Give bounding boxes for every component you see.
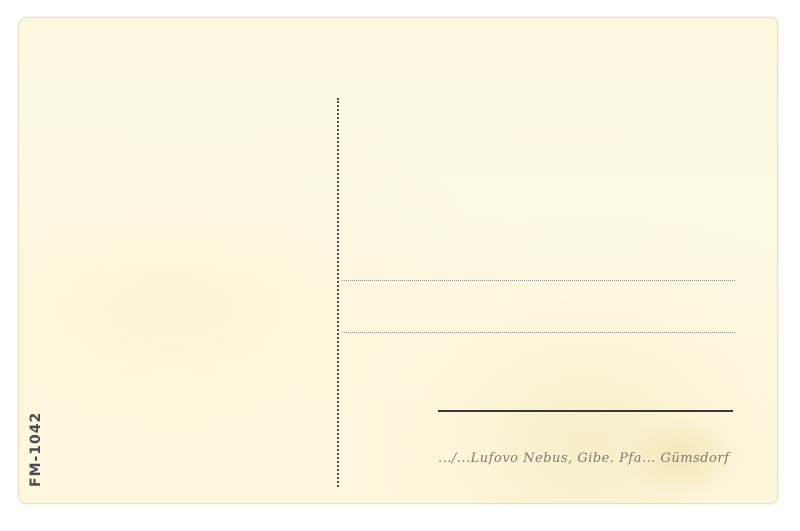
postcard: .../...Lufovo Nebus, Gibe. Pfa... Gümsdo…: [18, 17, 778, 504]
handwritten-address: .../...Lufovo Nebus, Gibe. Pfa... Gümsdo…: [438, 451, 758, 466]
address-line-3: [438, 410, 733, 412]
message-address-divider: [337, 98, 339, 487]
address-line-2: [342, 332, 735, 333]
address-line-1: [342, 280, 735, 281]
archive-id-label: FM-1042: [28, 412, 44, 487]
